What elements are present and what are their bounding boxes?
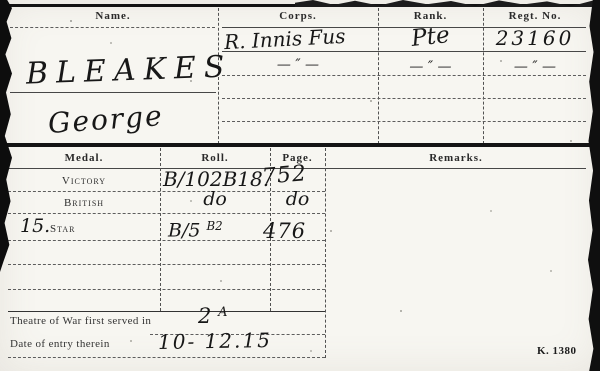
theatre-value-main: 2 xyxy=(198,304,211,328)
name-column-header: Name. xyxy=(8,10,218,22)
torn-right-edge xyxy=(588,0,600,371)
date-of-entry-value: 10- 12.15 xyxy=(158,330,272,352)
corps-ditto-mark: — ″ — xyxy=(218,58,378,72)
rank-value: Pte xyxy=(377,21,484,55)
medal-row-british-label: British xyxy=(8,197,160,209)
medal-roll-divider xyxy=(160,148,161,311)
medal-row-victory-page: 752 xyxy=(261,163,308,189)
form-code: K. 1380 xyxy=(537,345,577,357)
unit-row3-rule xyxy=(222,98,586,99)
corps-column-header: Corps. xyxy=(218,10,378,22)
rank-ditto-mark: — ″ — xyxy=(378,60,483,74)
remarks-value-area xyxy=(330,175,580,335)
theatre-of-war-label: Theatre of War first served in xyxy=(10,315,151,327)
medal-row-star-label: Star xyxy=(50,223,75,235)
theatre-of-war-value: 2 A xyxy=(198,306,227,327)
page-remarks-divider xyxy=(325,148,326,358)
medal-row-victory-roll: B/102B18. xyxy=(163,169,269,189)
name-header-rule xyxy=(10,27,215,28)
rank-column-header: Rank. xyxy=(378,10,483,22)
star-roll-main: B/5 xyxy=(168,219,200,241)
theatre-row-top-rule xyxy=(8,311,325,312)
torn-left-edge xyxy=(0,0,12,272)
medal-row-star-roll: B/5 B2 xyxy=(168,221,223,240)
medal-row-british-roll: do xyxy=(160,190,270,209)
theatre-value-superscript: A xyxy=(218,305,227,320)
forename-value: George xyxy=(47,102,164,138)
row-rule-4 xyxy=(8,264,325,265)
corps-rank-divider xyxy=(378,8,379,144)
medal-row-star-number: 15. xyxy=(20,217,50,236)
medal-column-header: Medal. xyxy=(8,152,160,164)
row-rule-5 xyxy=(8,289,325,290)
row-rule-2 xyxy=(8,213,325,214)
regt-ditto-mark: — ″ — xyxy=(483,60,587,74)
star-roll-superscript: B2 xyxy=(207,219,223,233)
remarks-column-header: Remarks. xyxy=(325,152,587,164)
medal-row-british-page: do xyxy=(270,190,325,209)
unit-row4-rule xyxy=(222,121,586,122)
medal-index-card: Name. Corps. Rank. Regt. No. Bleakes Geo… xyxy=(0,0,600,371)
regt-no-value: 23160 xyxy=(483,28,587,48)
surname-value: Bleakes xyxy=(26,52,233,89)
surname-rule xyxy=(10,92,216,93)
date-value-rule xyxy=(8,357,325,358)
unit-row2-rule xyxy=(222,75,586,76)
section-divider-rule xyxy=(0,143,592,147)
roll-column-header: Roll. xyxy=(160,152,270,164)
date-of-entry-label: Date of entry therein xyxy=(10,338,110,350)
corps-value: R. Innis Fus xyxy=(224,26,346,52)
regt-no-column-header: Regt. No. xyxy=(483,10,587,22)
medal-row-victory-label: Victory xyxy=(8,175,160,187)
medal-row-star-page: 476 xyxy=(263,221,306,242)
